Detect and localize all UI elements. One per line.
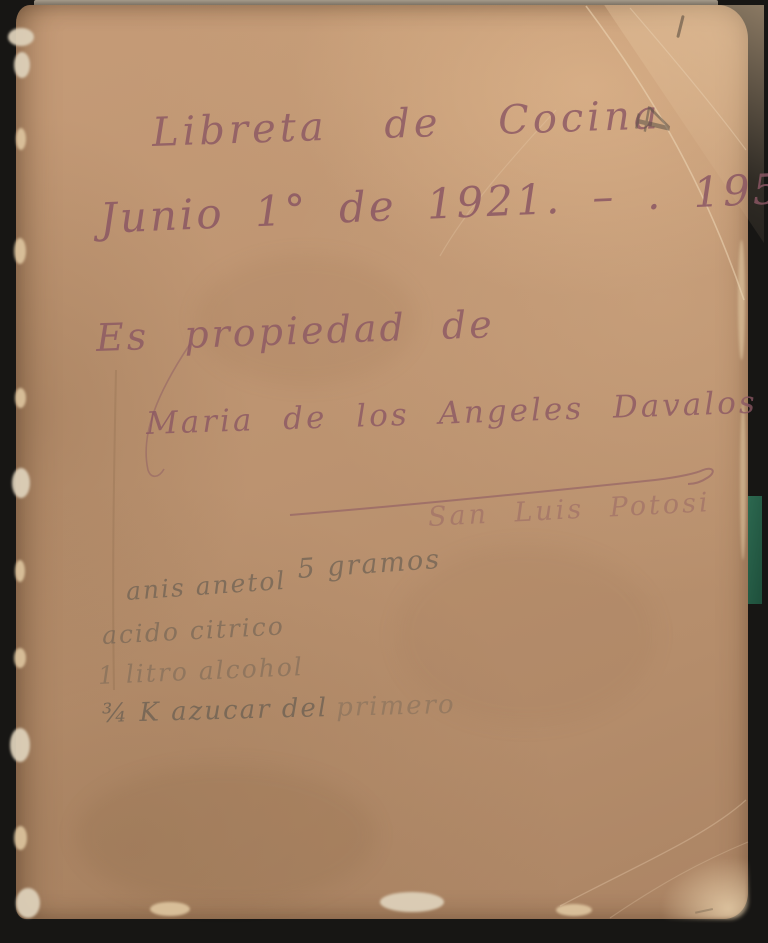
corner-number-mark: 4: [623, 106, 683, 137]
worn-edge-patch: [740, 400, 746, 560]
worn-edge-patch: [14, 648, 26, 668]
worn-edge-patch: [150, 902, 190, 916]
worn-corner-bottom-right: [618, 819, 748, 919]
worn-edge-patch: [12, 468, 30, 498]
worn-edge-patch: [14, 238, 26, 264]
photo-background: Libreta de Cocina Junio 1° de 1921. – . …: [0, 0, 768, 943]
pencil-note-text: ¾ K azucar del: [102, 693, 329, 729]
worn-edge-patch: [8, 28, 34, 46]
pencil-note-suffix: primero: [336, 690, 456, 723]
worn-edge-patch: [14, 826, 27, 850]
paper-stain: [76, 765, 376, 905]
worn-edge-patch: [16, 128, 26, 150]
worn-edge-patch: [15, 560, 25, 582]
worn-edge-patch: [14, 52, 30, 78]
worn-edge-patch: [380, 892, 444, 912]
worn-edge-patch: [15, 388, 26, 408]
worn-edge-patch: [738, 240, 745, 360]
worn-edge-patch: [556, 904, 592, 916]
worn-edge-patch: [16, 888, 40, 918]
worn-edge-patch: [10, 728, 30, 762]
